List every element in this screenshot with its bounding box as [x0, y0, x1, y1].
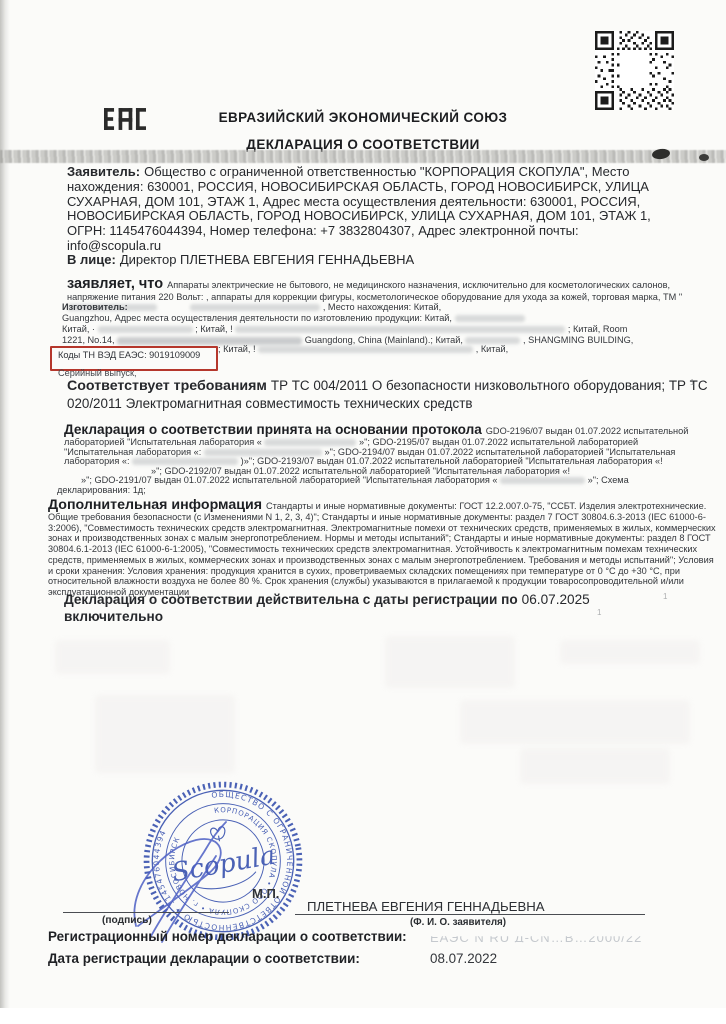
validity-label: Декларация о соответствии действительна …: [64, 592, 518, 607]
bleedthrough-mark: [385, 636, 515, 688]
ink-blob: [699, 154, 709, 161]
person-text: Директор ПЛЕТНЕВА ЕВГЕНИЯ ГЕННАДЬЕВНА: [120, 252, 414, 267]
protocols-text: »"; Схема: [588, 475, 629, 485]
fio-caption: (Ф. И. О. заявителя): [410, 917, 506, 928]
redacted-text: [190, 304, 320, 311]
registration-number-label: Регистрационный номер декларации о соотв…: [48, 929, 407, 944]
scan-smudge-band: [0, 150, 726, 163]
validity-suffix: включительно: [64, 609, 163, 624]
manufacturer-line: Изготовитель: , Место нахождения: Китай,: [62, 302, 441, 313]
manufacturer-text: , Место нахождения: Китай,: [323, 302, 441, 312]
protocols-text: »"; GDO-2192/07 выдан 01.07.2022 испытат…: [151, 466, 570, 476]
protocols-text: »"; GDO-2191/07 выдан 01.07.2022 испытат…: [81, 475, 497, 485]
additional-label: Дополнительная информация: [48, 497, 262, 513]
protocols-line: декларирования: 1д;: [57, 485, 146, 496]
applicant-label: Заявитель:: [67, 164, 140, 179]
redacted-text: [235, 326, 565, 333]
protocols-text: декларирования: 1д;: [57, 485, 146, 495]
bleedthrough-mark: [55, 640, 170, 674]
manufacturer-text: ; Китай, !: [218, 344, 256, 354]
validity-paragraph: Декларация о соответствии действительна …: [64, 592, 704, 625]
applicant-fio: ПЛЕТНЕВА ЕВГЕНИЯ ГЕННАДЬЕВНА: [307, 899, 545, 914]
redacted-text: [264, 439, 356, 446]
protocols-text: "Испытательная лаборатория «:: [64, 447, 201, 457]
manufacturer-line: ; Китай, ! , Китай,: [218, 344, 508, 355]
additional-paragraph: Дополнительная информацияСтандарты и ины…: [48, 498, 716, 598]
union-title: ЕВРАЗИЙСКИЙ ЭКОНОМИЧЕСКИЙ СОЮЗ: [0, 110, 726, 125]
manufacturer-label: Изготовитель:: [62, 302, 128, 312]
manufacturer-text: ; Китай, !: [195, 324, 233, 334]
signature-caption: (подпись): [102, 915, 152, 926]
protocols-label: Декларация о соответствии принята на осн…: [64, 422, 482, 437]
conformity-paragraph: Соответствует требованиямТР ТС 004/2011 …: [67, 377, 715, 413]
protocols-text: »"; GDO-2194/07 выдан 01.07.2022 испытат…: [324, 447, 675, 457]
manufacturer-text: Китай, ·: [62, 324, 95, 334]
applicant-paragraph: Заявитель:Общество с ограниченной ответс…: [67, 165, 669, 254]
declares-label: заявляет, что: [67, 276, 163, 292]
protocols-text: GDO-2196/07 выдан 01.07.2022 испытательн…: [486, 426, 689, 436]
fio-line: [295, 914, 645, 915]
qr-code-icon: [593, 31, 676, 110]
redacted-text: [455, 315, 525, 322]
validity-date: 06.07.2025: [522, 592, 590, 607]
bleedthrough-mark: [560, 640, 700, 664]
applicant-text: Общество с ограниченной ответственностью…: [67, 164, 651, 253]
bleedthrough-mark: [520, 748, 670, 784]
manufacturer-text: , SHANGMING BUILDING,: [523, 335, 633, 345]
redacted-text: [98, 326, 193, 333]
person-label: В лице:: [67, 252, 116, 267]
registration-date-label: Дата регистрации декларации о соответств…: [48, 951, 360, 966]
scanned-declaration-page: { "header": { "eac": "ЕАС", "union": "ЕВ…: [0, 0, 726, 1024]
registration-date-value: 08.07.2022: [430, 951, 497, 966]
signature-line: [63, 912, 229, 913]
protocols-text: )»"; GDO-2193/07 выдан 01.07.2022 испыта…: [241, 456, 663, 466]
tnved-codes: Коды ТН ВЭД ЕАЭС: 9019109009: [58, 350, 200, 360]
manufacturer-line: Guangzhou, Адрес места осуществления дея…: [62, 313, 525, 324]
protocols-text: »"; GDO-2195/07 выдан 01.07.2022 испытат…: [359, 437, 638, 447]
redacted-text: [204, 449, 322, 456]
manufacturer-text: , Китай,: [476, 344, 509, 354]
stamp-place-label: М.П.: [252, 886, 279, 901]
redacted-text: [132, 458, 238, 465]
conformity-label: Соответствует требованиям: [67, 378, 267, 394]
bleedthrough-mark: [460, 700, 690, 744]
scan-speck: 1: [690, 378, 694, 387]
scan-bottom-strip: [0, 1008, 726, 1024]
registration-number-value: ЕАЭС N RU Д-CN…В…2000/22: [430, 930, 642, 945]
protocols-text: лаборатория «:: [64, 456, 130, 466]
protocols-text: лабораторией "Испытательная лаборатория …: [64, 437, 262, 447]
redacted-text: [258, 346, 473, 353]
additional-text: Стандарты и иные нормативные документы: …: [48, 501, 716, 597]
redacted-text: [500, 477, 585, 484]
person-paragraph: В лице:Директор ПЛЕТНЕВА ЕВГЕНИЯ ГЕННАДЬ…: [67, 253, 707, 268]
manufacturer-line: Китай, · ; Китай, ! ; Китай, Room: [62, 324, 627, 335]
bleedthrough-mark: [95, 695, 235, 773]
manufacturer-text: Guangzhou, Адрес места осуществления дея…: [62, 313, 452, 323]
manufacturer-text: 1221, No.14,: [62, 335, 115, 345]
manufacturer-text: ; Китай, Room: [568, 324, 628, 334]
protocols-line: »"; GDO-2191/07 выдан 01.07.2022 испытат…: [81, 475, 629, 486]
redacted-text: [465, 337, 520, 344]
